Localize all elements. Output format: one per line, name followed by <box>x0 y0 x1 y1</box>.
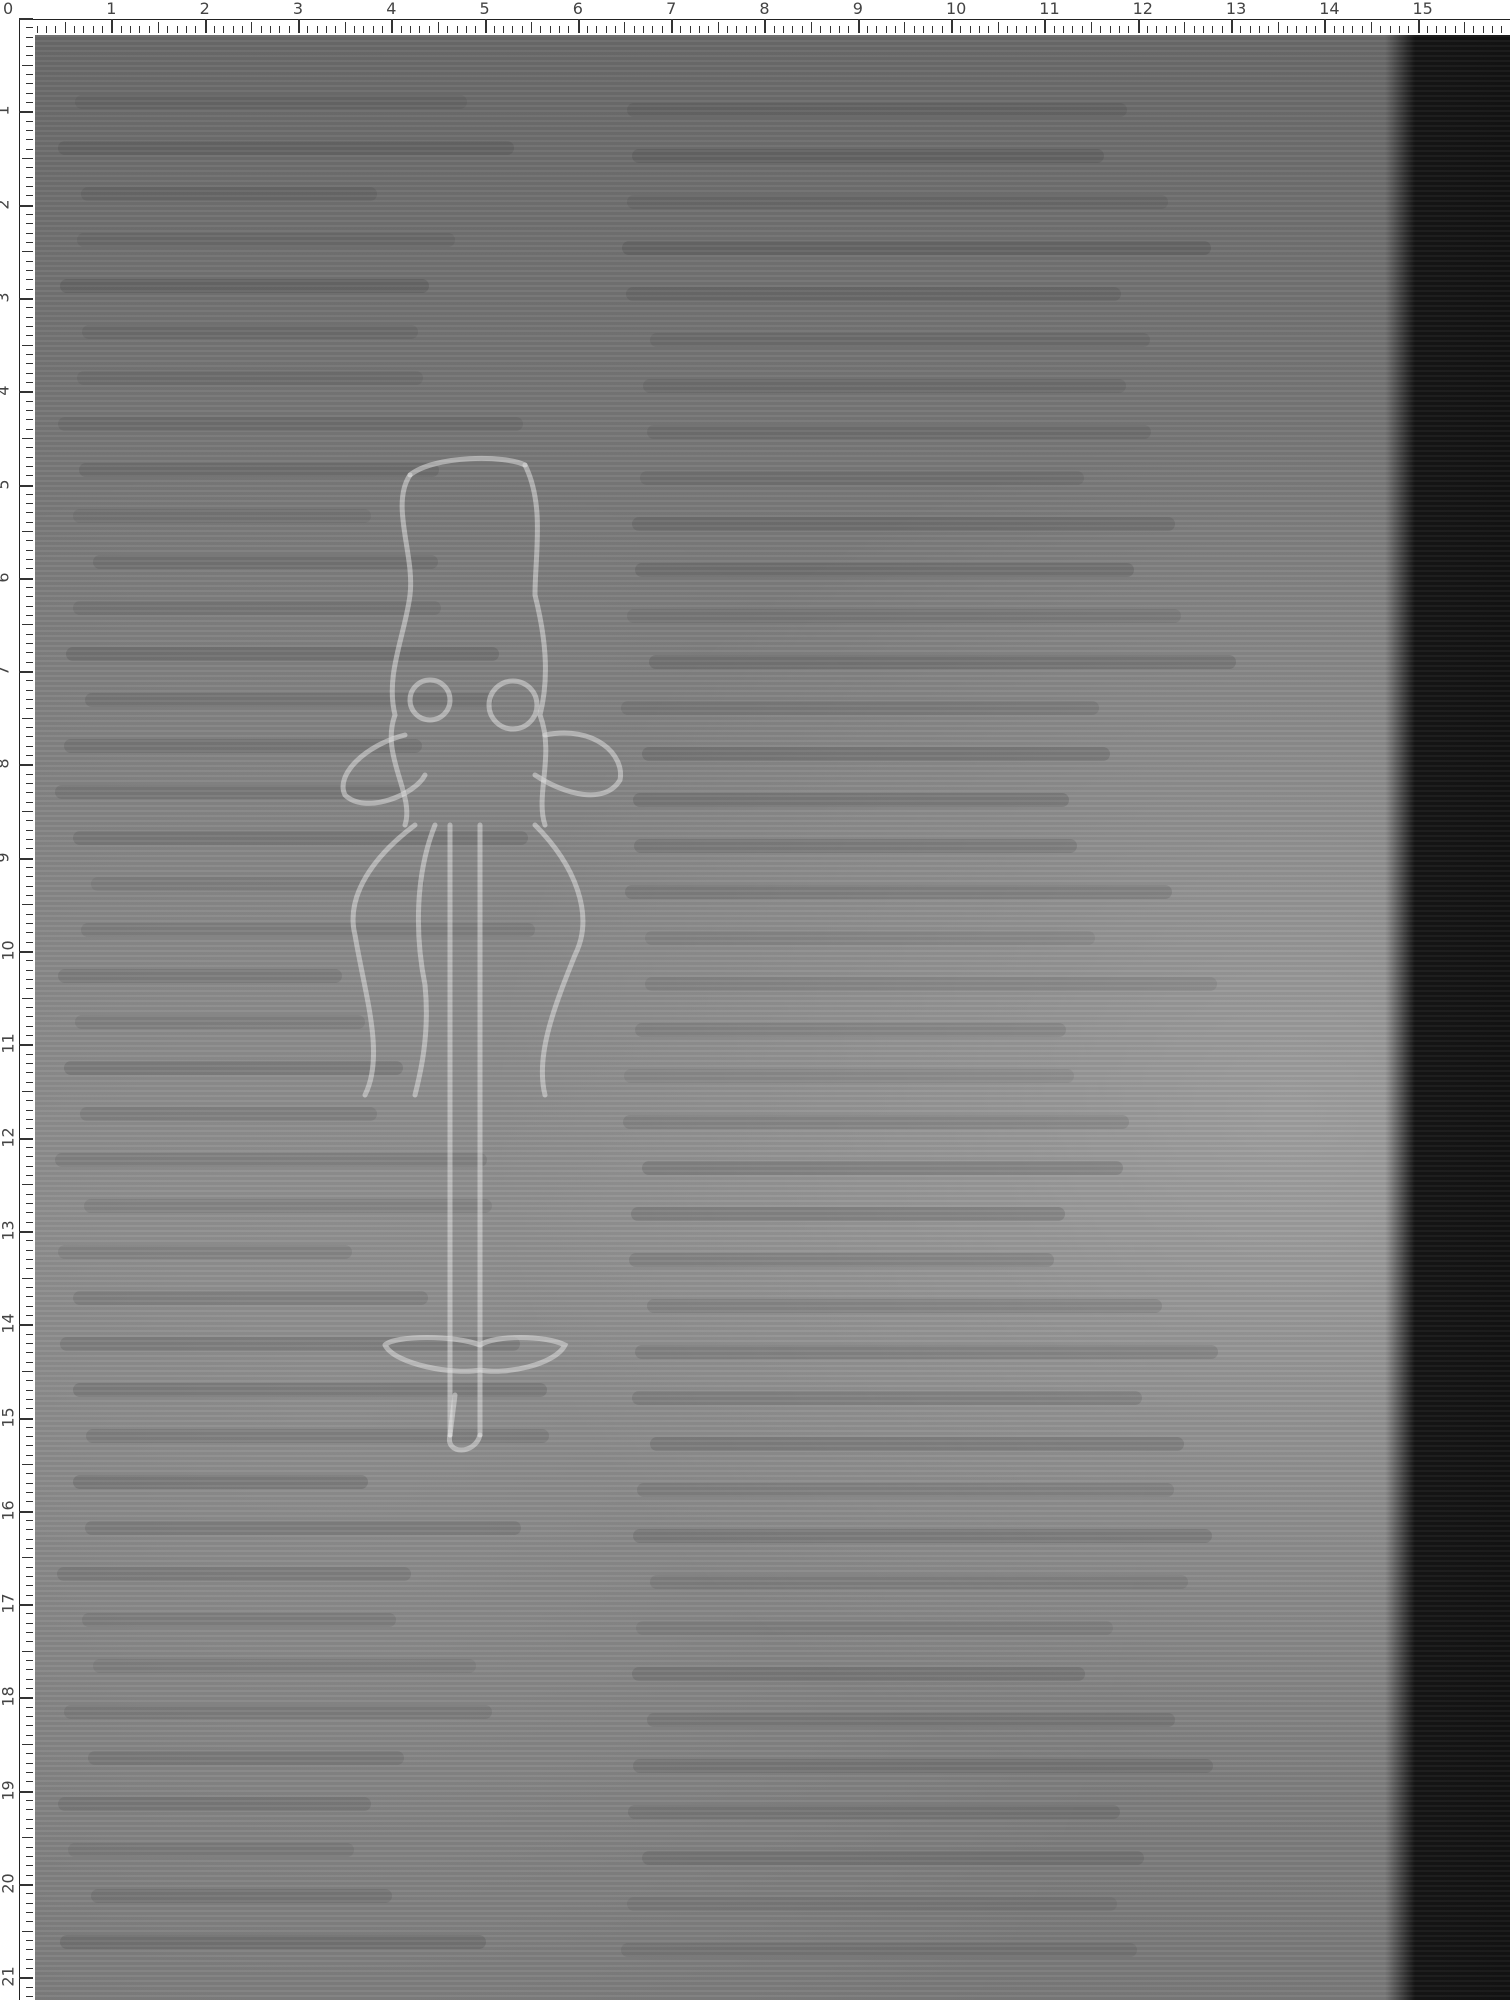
ruler-tick <box>26 1156 33 1157</box>
ruler-tick <box>1501 26 1502 33</box>
ruler-tick <box>22 1278 33 1279</box>
ruler-tick <box>858 19 860 33</box>
ruler-tick <box>26 568 33 569</box>
ruler-tick <box>26 1856 33 1857</box>
ruler-tick <box>22 998 33 999</box>
ruler-tick <box>26 1296 33 1297</box>
ruler-tick <box>26 1212 33 1213</box>
ruler-tick <box>223 26 224 33</box>
ruler-left-label: 8 <box>0 759 13 769</box>
ruler-top-label: 8 <box>759 0 769 18</box>
ruler-top-label: 14 <box>1319 0 1339 18</box>
ruler-tick <box>26 1483 33 1484</box>
ruler-tick <box>662 26 663 33</box>
ruler-tick <box>205 19 207 33</box>
ruler-tick <box>26 1819 33 1820</box>
ruler-left-label: 1 <box>0 106 13 116</box>
ruler-tick <box>26 792 33 793</box>
ruler-tick <box>37 26 38 33</box>
ruler-tick <box>186 26 187 33</box>
ruler-tick <box>26 93 33 94</box>
ruler-tick <box>19 1604 33 1606</box>
ruler-left-label: 4 <box>0 386 13 396</box>
ruler-tick <box>26 37 33 38</box>
ruler-tick <box>1184 22 1185 33</box>
ruler-tick <box>1473 26 1474 33</box>
ruler-tick <box>26 46 33 47</box>
ruler-tick <box>26 1306 33 1307</box>
ruler-tick <box>26 27 33 28</box>
ruler-tick <box>1278 22 1279 33</box>
ruler-tick <box>26 1259 33 1260</box>
ruler-tick <box>914 26 915 33</box>
ruler-tick <box>690 26 691 33</box>
ruler-tick <box>1418 19 1420 33</box>
ruler-left-label: 6 <box>0 572 13 582</box>
ruler-left-label: 13 <box>0 1220 18 1240</box>
ruler-tick <box>1250 26 1251 33</box>
ruler-tick <box>22 624 33 625</box>
ruler-tick <box>755 26 756 33</box>
ruler-tick <box>26 1399 33 1400</box>
ruler-tick <box>26 886 33 887</box>
ruler-tick <box>26 587 33 588</box>
ruler-tick <box>457 26 458 33</box>
ruler-tick <box>214 26 215 33</box>
ruler-tick <box>195 26 196 33</box>
ruler-tick <box>19 578 33 580</box>
ruler-tick <box>22 1744 33 1745</box>
ruler-tick <box>26 139 33 140</box>
ruler-tick <box>1296 26 1297 33</box>
ruler-tick <box>26 1315 33 1316</box>
ruler-tick <box>26 1054 33 1055</box>
ruler-top-label: 11 <box>1039 0 1059 18</box>
ruler-top-label: 5 <box>480 0 490 18</box>
ruler-left-label: 12 <box>0 1127 18 1147</box>
ruler-left-label: 9 <box>0 852 13 862</box>
ruler-tick <box>26 447 33 448</box>
ruler-tick <box>26 223 33 224</box>
ruler-tick <box>512 26 513 33</box>
ruler-tick <box>615 26 616 33</box>
ruler-tick <box>26 1529 33 1530</box>
ruler-tick <box>26 802 33 803</box>
ruler-tick <box>26 1716 33 1717</box>
ruler-tick <box>26 1166 33 1167</box>
ruler-tick <box>26 559 33 560</box>
ruler-tick <box>643 26 644 33</box>
ruler-tick <box>1380 26 1381 33</box>
ruler-tick <box>26 988 33 989</box>
ruler-tick <box>26 1893 33 1894</box>
ruler-tick <box>26 1016 33 1017</box>
ruler-tick <box>19 1044 33 1046</box>
ruler-tick <box>26 1147 33 1148</box>
ruler-tick <box>26 1688 33 1689</box>
ruler-tick <box>26 1436 33 1437</box>
ruler-tick <box>93 26 94 33</box>
ruler-tick <box>26 1380 33 1381</box>
ruler-tick <box>26 74 33 75</box>
ruler-tick <box>26 1996 33 1997</box>
ruler-tick <box>19 205 33 207</box>
ruler-tick <box>26 1072 33 1073</box>
ruler-tick <box>26 1427 33 1428</box>
ruler-tick <box>26 540 33 541</box>
ruler-tick <box>26 634 33 635</box>
ruler-tick <box>26 1903 33 1904</box>
ruler-tick <box>26 373 33 374</box>
ruler-tick <box>26 102 33 103</box>
ruler-tick <box>26 1063 33 1064</box>
ruler-tick <box>447 26 448 33</box>
ruler-tick <box>19 391 33 393</box>
ruler-tick <box>485 19 487 33</box>
ruler-tick <box>1072 26 1073 33</box>
ruler-tick <box>1324 19 1326 33</box>
ruler-tick <box>26 680 33 681</box>
ruler-tick <box>26 923 33 924</box>
ruler-tick <box>1044 19 1046 33</box>
ruler-tick <box>22 1651 33 1652</box>
ruler-tick <box>26 167 33 168</box>
ruler-tick <box>1156 26 1157 33</box>
ruler-tick <box>26 457 33 458</box>
ruler-tick <box>26 848 33 849</box>
ruler-tick <box>26 970 33 971</box>
ruler-tick <box>26 429 33 430</box>
ruler-tick <box>596 26 597 33</box>
ruler-tick <box>1306 26 1307 33</box>
ruler-tick <box>242 26 243 33</box>
ruler-tick <box>298 19 300 33</box>
ruler-tick <box>26 1175 33 1176</box>
ruler-left-label: 7 <box>0 666 13 676</box>
ruler-tick <box>26 1250 33 1251</box>
ruler-tick <box>22 1091 33 1092</box>
ruler-tick <box>783 26 784 33</box>
ruler-tick <box>26 1343 33 1344</box>
ruler-left-label: 10 <box>0 940 18 960</box>
ruler-tick <box>19 1511 33 1513</box>
ruler-tick <box>22 811 33 812</box>
ruler-tick <box>26 1455 33 1456</box>
ruler-top-label: 4 <box>386 0 396 18</box>
ruler-tick <box>22 718 33 719</box>
ruler-tick <box>1194 26 1195 33</box>
ruler-tick <box>26 261 33 262</box>
ruler-tick <box>26 1194 33 1195</box>
ruler-tick <box>904 22 905 33</box>
ruler-tick <box>839 26 840 33</box>
ruler-tick <box>19 1324 33 1326</box>
ruler-tick <box>22 345 33 346</box>
ruler-left-label: 16 <box>0 1500 18 1520</box>
ruler-tick <box>26 1222 33 1223</box>
ruler-tick <box>634 26 635 33</box>
ruler-tick <box>26 1669 33 1670</box>
ruler-tick <box>1128 26 1129 33</box>
ruler-tick <box>26 652 33 653</box>
ruler-tick <box>19 1138 33 1140</box>
ruler-tick <box>1315 26 1316 33</box>
ruler-tick <box>373 26 374 33</box>
ruler-tick <box>74 26 75 33</box>
ruler-tick <box>1483 26 1484 33</box>
ruler-tick <box>26 1203 33 1204</box>
ruler-tick <box>1138 19 1140 33</box>
ruler-tick <box>26 1100 33 1101</box>
ruler-tick <box>26 1865 33 1866</box>
ruler-tick <box>26 1548 33 1549</box>
ruler-tick <box>26 839 33 840</box>
ruler-tick <box>26 550 33 551</box>
ruler-tick <box>26 503 33 504</box>
ruler-tick <box>811 22 812 33</box>
ruler-tick <box>26 1035 33 1036</box>
ruler-tick <box>22 1371 33 1372</box>
ruler-tick <box>345 22 346 33</box>
ruler-tick <box>26 1809 33 1810</box>
ruler-tick <box>26 1268 33 1269</box>
ruler-tick <box>1408 26 1409 33</box>
ruler-tick <box>979 26 980 33</box>
ruler-tick <box>251 22 252 33</box>
ruler-tick <box>26 195 33 196</box>
ruler-tick <box>26 149 33 150</box>
ruler-top-label: 12 <box>1133 0 1153 18</box>
ruler-tick <box>410 26 411 33</box>
ruler-tick <box>1016 26 1017 33</box>
ruler-tick <box>1371 22 1372 33</box>
ruler-tick <box>1390 26 1391 33</box>
ruler-tick <box>26 820 33 821</box>
ruler-tick <box>26 1987 33 1988</box>
ruler-tick <box>26 1847 33 1848</box>
ruler-tick <box>111 19 113 33</box>
ruler-tick <box>26 736 33 737</box>
ruler-tick <box>820 26 821 33</box>
ruler-tick <box>1240 26 1241 33</box>
ruler-left-label: 11 <box>0 1034 18 1054</box>
ruler-tick <box>699 26 700 33</box>
ruler-tick <box>503 26 504 33</box>
ruler-top-label: 7 <box>666 0 676 18</box>
ruler-tick <box>26 1352 33 1353</box>
ruler-tick <box>708 26 709 33</box>
ruler-tick <box>26 512 33 513</box>
ruler-tick <box>26 942 33 943</box>
ruler-tick <box>718 22 719 33</box>
ruler-tick <box>26 466 33 467</box>
ruler-tick <box>1007 26 1008 33</box>
ruler-tick <box>466 26 467 33</box>
ruler-tick <box>26 606 33 607</box>
ruler-left-label: 2 <box>0 199 13 209</box>
ruler-tick <box>26 615 33 616</box>
ruler-tick <box>26 1781 33 1782</box>
ruler-tick <box>26 746 33 747</box>
ruler-tick <box>1166 26 1167 33</box>
ruler-tick <box>22 1464 33 1465</box>
ruler-tick <box>26 289 33 290</box>
ruler-tick <box>26 1492 33 1493</box>
ruler-tick <box>26 1240 33 1241</box>
ruler-tick <box>475 26 476 33</box>
ruler-tick <box>382 26 383 33</box>
ruler-tick <box>26 1473 33 1474</box>
ruler-tick <box>998 22 999 33</box>
ruler-tick <box>26 1641 33 1642</box>
ruler-tick <box>550 26 551 33</box>
ruler-tick <box>26 783 33 784</box>
ruler-left-label: 5 <box>0 479 13 489</box>
ruler-tick <box>26 755 33 756</box>
ruler-tick <box>22 1931 33 1932</box>
ruler-tick <box>22 438 33 439</box>
ruler-tick <box>19 671 33 673</box>
ruler-tick <box>26 83 33 84</box>
ruler-tick <box>139 26 140 33</box>
ruler-tick <box>830 26 831 33</box>
ruler-tick <box>26 1735 33 1736</box>
ruler-tick <box>960 26 961 33</box>
ruler-tick <box>26 279 33 280</box>
ruler-tick <box>26 307 33 308</box>
ruler-tick <box>26 1445 33 1446</box>
ruler-tick <box>401 26 402 33</box>
ruler-tick <box>606 26 607 33</box>
ruler-tick <box>578 19 580 33</box>
ruler-tick <box>26 1110 33 1111</box>
ruler-tick <box>764 19 766 33</box>
ruler-tick <box>26 419 33 420</box>
ruler-tick <box>1110 26 1111 33</box>
ruler-tick <box>26 699 33 700</box>
ruler-tick <box>1399 26 1400 33</box>
ruler-tick <box>26 410 33 411</box>
ruler-tick <box>895 26 896 33</box>
ruler-tick <box>1063 26 1064 33</box>
ruler-tick <box>22 158 33 159</box>
ruler-tick <box>26 326 33 327</box>
ruler-tick <box>1212 26 1213 33</box>
ruler-tick <box>746 26 747 33</box>
ruler-tick <box>26 960 33 961</box>
ruler-tick <box>65 22 66 33</box>
ruler-tick <box>233 26 234 33</box>
ruler-tick <box>335 26 336 33</box>
ruler-tick <box>149 26 150 33</box>
ruler-tick <box>26 1828 33 1829</box>
ruler-tick <box>1352 26 1353 33</box>
ruler-tick <box>438 22 439 33</box>
ruler-tick <box>559 26 560 33</box>
ruler-tick <box>22 65 33 66</box>
ruler-tick <box>19 298 33 300</box>
ruler-tick <box>26 1501 33 1502</box>
ruler-left-label: 20 <box>0 1873 18 1893</box>
ruler-tick <box>522 26 523 33</box>
ruler-top-label: 9 <box>853 0 863 18</box>
ruler-tick <box>26 774 33 775</box>
ruler-tick <box>26 522 33 523</box>
ruler-tick <box>26 1753 33 1754</box>
ruler-tick <box>26 1520 33 1521</box>
ruler-tick <box>26 1912 33 1913</box>
ruler-tick <box>951 19 953 33</box>
ruler-tick <box>26 1334 33 1335</box>
ruler-tick <box>970 26 971 33</box>
ruler-tick <box>26 214 33 215</box>
manuscript-scan <box>35 35 1510 2000</box>
ruler-tick <box>307 26 308 33</box>
ruler-left-label: 18 <box>0 1687 18 1707</box>
ruler-tick <box>26 1949 33 1950</box>
ruler-tick <box>727 26 728 33</box>
ruler-tick <box>26 1390 33 1391</box>
ruler-tick <box>46 26 47 33</box>
ruler-tick <box>1259 26 1260 33</box>
ruler-tick <box>923 26 924 33</box>
ruler-tick <box>429 26 430 33</box>
ruler-tick <box>26 1408 33 1409</box>
ruler-tick <box>26 1539 33 1540</box>
ruler-tick <box>26 1567 33 1568</box>
ruler-tick <box>26 1007 33 1008</box>
ruler-tick <box>1054 26 1055 33</box>
ruler-tick <box>26 1660 33 1661</box>
ruler-tick <box>26 1921 33 1922</box>
ruler-tick <box>270 26 271 33</box>
ruler-tick <box>736 26 737 33</box>
ruler-tick <box>1119 26 1120 33</box>
watermark-figure <box>35 35 1510 2000</box>
ruler-tick <box>26 1800 33 1801</box>
ruler-tick <box>1455 26 1456 33</box>
ruler-tick <box>26 401 33 402</box>
ruler-tick <box>19 951 33 953</box>
ruler-tick <box>792 26 793 33</box>
ruler-tick <box>26 270 33 271</box>
ruler-tick <box>587 26 588 33</box>
ruler-tick <box>26 1082 33 1083</box>
page-edge-shadow <box>1385 35 1510 2000</box>
ruler-tick <box>1035 26 1036 33</box>
ruler-top-label: 6 <box>573 0 583 18</box>
ruler-tick <box>26 876 33 877</box>
ruler-tick <box>26 1763 33 1764</box>
ruler-tick <box>26 1595 33 1596</box>
ruler-tick <box>19 764 33 766</box>
ruler-tick <box>26 382 33 383</box>
ruler-tick <box>22 1837 33 1838</box>
ruler-tick <box>26 662 33 663</box>
ruler-tick <box>167 26 168 33</box>
ruler-tick <box>26 1128 33 1129</box>
ruler-left-label: 14 <box>0 1314 18 1334</box>
ruler-tick <box>531 22 532 33</box>
ruler-tick <box>26 867 33 868</box>
ruler-tick <box>19 1418 33 1420</box>
ruler-tick <box>19 1697 33 1699</box>
ruler-tick <box>354 26 355 33</box>
ruler-tick <box>774 26 775 33</box>
ruler-tick <box>26 708 33 709</box>
ruler-tick <box>1203 26 1204 33</box>
ruler-tick <box>568 26 569 33</box>
